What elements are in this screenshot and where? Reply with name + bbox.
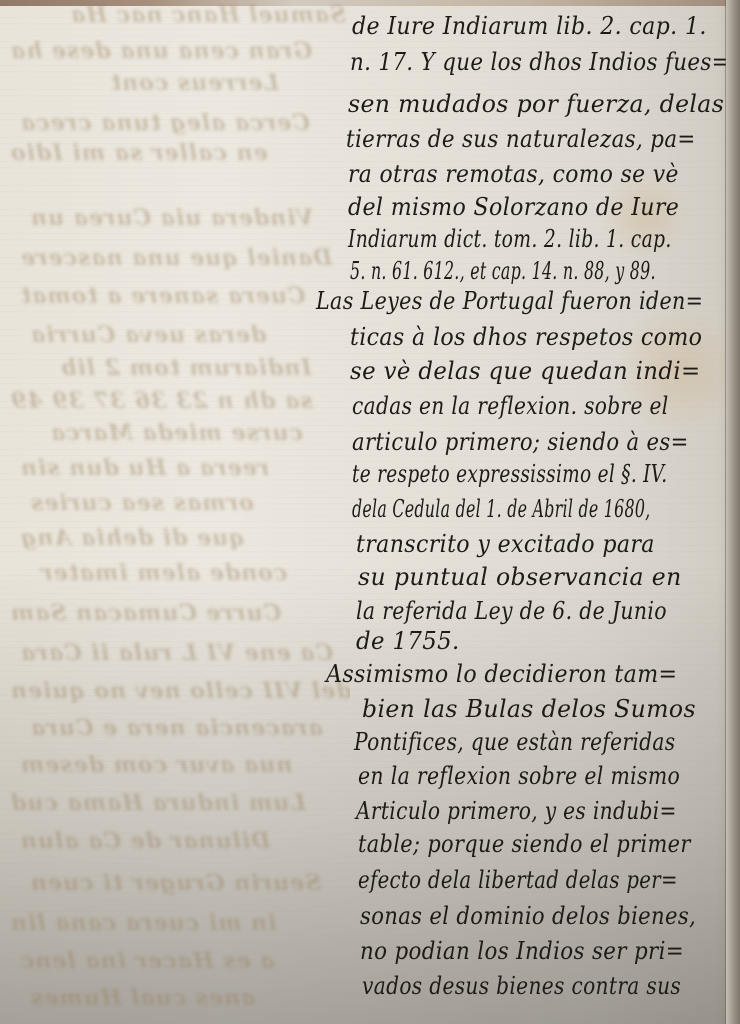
manuscript-line: tierras de sus naturalezas, pa= xyxy=(346,125,696,153)
manuscript-line: no podian los Indios ser pri= xyxy=(360,937,684,965)
manuscript-line: en la reflexion sobre el mismo xyxy=(358,762,680,790)
manuscript-line: ticas à los dhos respetos como xyxy=(350,323,702,351)
manuscript-text: de Iure Indiarum lib. 2. cap. 1. n. 17. … xyxy=(0,0,740,1024)
page-binding-edge xyxy=(726,0,740,1024)
manuscript-line: ra otras remotas, como se vè xyxy=(348,160,679,188)
manuscript-line: efecto dela libertad delas per= xyxy=(358,866,678,894)
manuscript-line: sonas el dominio delos bienes, xyxy=(360,902,696,930)
manuscript-line: dela Cedula del 1. de Abril de 1680, xyxy=(352,495,650,523)
manuscript-line: Pontifices, que estàn referidas xyxy=(354,728,675,756)
manuscript-line: te respeto expressissimo el §. IV. xyxy=(352,460,667,488)
manuscript-line: Assimismo lo decidieron tam= xyxy=(326,660,677,688)
manuscript-line: se vè delas que quedan indi= xyxy=(350,357,701,385)
manuscript-line: de Iure Indiarum lib. 2. cap. 1. xyxy=(352,12,707,40)
manuscript-line: 5. n. 61. 612., et cap. 14. n. 88, y 89. xyxy=(350,257,656,285)
manuscript-line: Articulo primero, y es indubi= xyxy=(356,797,677,825)
manuscript-line: articulo primero; siendo à es= xyxy=(352,428,689,456)
manuscript-page: Samuel Hanc nac Ha Gran cena una dese ha… xyxy=(0,0,740,1024)
manuscript-line: Las Leyes de Portugal fueron iden= xyxy=(316,287,703,315)
manuscript-line: bien las Bulas delos Sumos xyxy=(362,695,696,723)
manuscript-line: su puntual observancia en xyxy=(358,563,682,591)
manuscript-line: transcrito y excitado para xyxy=(356,530,655,558)
manuscript-line: n. 17. Y que los dhos Indios fues= xyxy=(350,48,730,76)
manuscript-line: table; porque siendo el primer xyxy=(358,830,691,858)
manuscript-line: vados desus bienes contra sus xyxy=(362,972,681,1000)
manuscript-line: del mismo Solorzano de Iure xyxy=(348,193,679,221)
manuscript-line: sen mudados por fuerza, delas xyxy=(348,90,724,118)
manuscript-line: cadas en la reflexion. sobre el xyxy=(352,392,669,420)
manuscript-line: la referida Ley de 6. de Junio xyxy=(356,597,667,625)
manuscript-line: Indiarum dict. tom. 2. lib. 1. cap. xyxy=(348,225,672,253)
manuscript-line: de 1755. xyxy=(356,627,460,655)
